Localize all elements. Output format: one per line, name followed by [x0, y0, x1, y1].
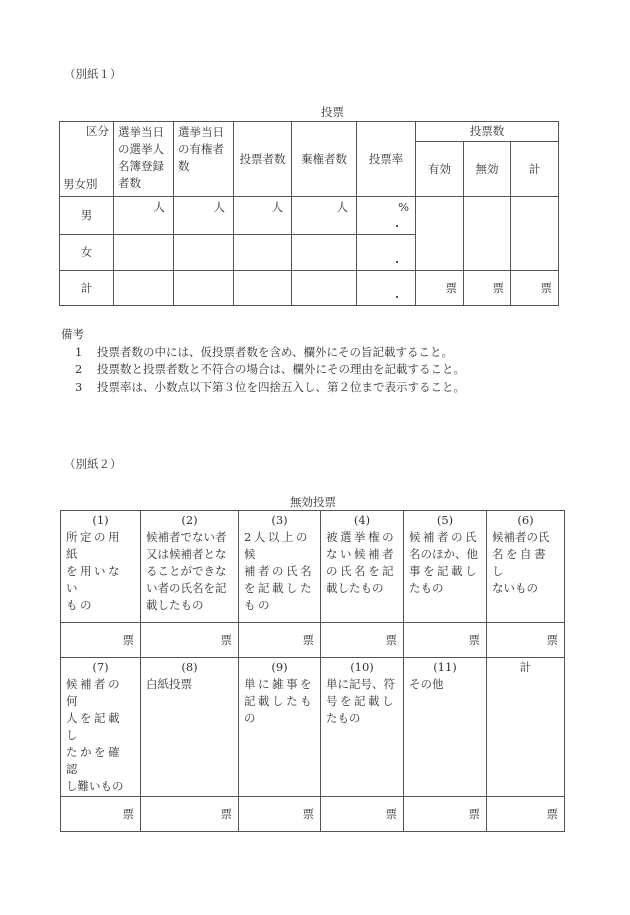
reason-text: 被選挙権の [326, 529, 398, 546]
header-text: 名簿登録 [118, 158, 169, 175]
reason-text: 単に記号、符 [326, 676, 398, 693]
unit-percent: % [398, 199, 409, 216]
reason-text: を記載した [244, 580, 315, 597]
reason-text: 2人以上の候 [244, 529, 315, 563]
header-text: 選挙当日 [118, 124, 169, 141]
invalid-reason-2: (2) 候補者でない者 又は候補者とな ることができな い者の氏名を記 載したも… [141, 511, 239, 623]
reason-text: もの [244, 597, 315, 614]
data-cell [292, 235, 357, 271]
appendix2-table-title: 無効投票 [290, 494, 336, 510]
reason-number: (9) [244, 659, 315, 676]
reason-text: ない候補者 [326, 546, 398, 563]
data-cell [234, 271, 292, 306]
header-registered-voters: 選挙当日 の選挙人 名簿登録 者数 [114, 122, 174, 197]
header-eligible-voters: 選挙当日 の有権者 数 [174, 122, 234, 197]
reason-number: (10) [326, 659, 398, 676]
header-category-cell: 区分 男女別 [60, 122, 114, 197]
reason-text: し難いもの [66, 778, 135, 795]
unit-votes: 票 [511, 271, 559, 306]
reason-number: (11) [409, 659, 481, 676]
reason-text: 補者の氏名 [244, 563, 315, 580]
reason-text: 所定の用紙 [66, 529, 135, 563]
invalid-reason-5: (5) 候補者の氏 名のほか、他 事を記載し たもの [404, 511, 487, 623]
turnout-cell-male: % . [357, 197, 416, 235]
invalid-total: 計 [487, 658, 565, 797]
total-votes-male-female [511, 197, 559, 271]
decimal-point: . [395, 286, 399, 303]
invalid-reason-11: (11) その他 [404, 658, 487, 797]
data-cell [292, 271, 357, 306]
decimal-point: . [395, 215, 399, 232]
header-votes-invalid: 無効 [464, 142, 511, 197]
reason-text: 人を記載し [66, 710, 135, 744]
appendix1-table-title: 投票 [321, 104, 344, 120]
header-text: 数 [178, 158, 229, 175]
unit-votes: 票 [239, 797, 321, 832]
appendix2-label: （別紙２） [64, 456, 122, 472]
reason-text: の [244, 710, 315, 727]
unit-votes: 票 [141, 623, 239, 658]
invalid-votes-table: (1) 所定の用紙 を用いない もの (2) 候補者でない者 又は候補者とな る… [60, 510, 565, 832]
header-text: 選挙当日 [178, 124, 229, 141]
unit-votes: 票 [61, 623, 141, 658]
remarks-item-num: 1 [75, 344, 97, 362]
unit-votes: 票 [487, 797, 565, 832]
reason-number: (2) [146, 512, 233, 529]
remarks-item: 2投票数と投票者数と不符合の場合は、欄外にその理由を記載すること。 [61, 361, 465, 379]
remarks-item-text: 投票率は、小数点以下第３位を四捨五入し、第２位まで表示すること。 [97, 380, 465, 394]
header-text: の有権者 [178, 141, 229, 158]
data-cell [114, 271, 174, 306]
invalid-reason-6: (6) 候補者の氏 名を自書し ないもの [487, 511, 565, 623]
reason-text: 単に雑事を [244, 676, 315, 693]
reason-text: 事を記載し [409, 563, 481, 580]
header-category-top: 区分 [86, 123, 109, 140]
header-votes-total: 計 [511, 142, 559, 197]
unit-people: 人 [114, 197, 174, 235]
invalid-reason-4: (4) 被選挙権の ない候補者 の氏名を記 載したもの [321, 511, 404, 623]
unit-people: 人 [234, 197, 292, 235]
reason-number: (4) [326, 512, 398, 529]
reason-number: (1) [66, 512, 135, 529]
reason-text: たかを確認 [66, 744, 135, 778]
decimal-point: . [395, 251, 399, 268]
header-voters: 投票者数 [234, 122, 292, 197]
invalid-reason-9: (9) 単に雑事を 記載したも の [239, 658, 321, 797]
row-label-female: 女 [60, 235, 114, 271]
reason-text: 載したもの [146, 597, 233, 614]
invalid-reason-7: (7) 候補者の何 人を記載し たかを確認 し難いもの [61, 658, 141, 797]
header-abstainers: 棄権者数 [292, 122, 357, 197]
data-cell [234, 235, 292, 271]
unit-votes: 票 [61, 797, 141, 832]
remarks-item-text: 投票数と投票者数と不符合の場合は、欄外にその理由を記載すること。 [97, 362, 465, 376]
invalid-reason-10: (10) 単に記号、符 号を記載し たもの [321, 658, 404, 797]
reason-number: (6) [492, 512, 559, 529]
invalid-reason-1: (1) 所定の用紙 を用いない もの [61, 511, 141, 623]
reason-text: 白紙投票 [146, 676, 233, 693]
reason-text: 候補者でない者 [146, 529, 233, 546]
header-votes-valid: 有効 [416, 142, 464, 197]
reason-text: 候補者の氏 [409, 529, 481, 546]
remarks-item: 1投票者数の中には、仮投票者数を含め、欄外にその旨記載すること。 [61, 344, 465, 362]
header-turnout: 投票率 [357, 122, 416, 197]
unit-votes: 票 [141, 797, 239, 832]
unit-votes: 票 [239, 623, 321, 658]
reason-number: (5) [409, 512, 481, 529]
unit-votes: 票 [404, 623, 487, 658]
header-text: の選挙人 [118, 141, 169, 158]
reason-text: 名のほか、他 [409, 546, 481, 563]
unit-votes: 票 [321, 797, 404, 832]
reason-number: (7) [66, 659, 135, 676]
reason-text: 載したもの [326, 580, 398, 597]
header-text: 者数 [118, 175, 169, 192]
remarks-item: 3投票率は、小数点以下第３位を四捨五入し、第２位まで表示すること。 [61, 379, 465, 397]
total-label: 計 [492, 659, 559, 676]
reason-text: 候補者の何 [66, 676, 135, 710]
turnout-cell-female: . [357, 235, 416, 271]
remarks-item-text: 投票者数の中には、仮投票者数を含め、欄外にその旨記載すること。 [97, 345, 453, 359]
data-cell [174, 235, 234, 271]
reason-text: もの [66, 597, 135, 614]
row-label-total: 計 [60, 271, 114, 306]
remarks-item-num: 2 [75, 361, 97, 379]
reason-text: 又は候補者とな [146, 546, 233, 563]
header-category-bottom: 男女別 [63, 176, 98, 193]
unit-votes: 票 [321, 623, 404, 658]
reason-text: を用いない [66, 563, 135, 597]
reason-number: (8) [146, 659, 233, 676]
unit-votes: 票 [404, 797, 487, 832]
unit-votes: 票 [464, 271, 511, 306]
unit-people: 人 [174, 197, 234, 235]
reason-text: 候補者の氏 [492, 529, 559, 546]
reason-text: の氏名を記 [326, 563, 398, 580]
voting-table: 区分 男女別 選挙当日 の選挙人 名簿登録 者数 選挙当日 の有権者 数 投票者… [59, 121, 559, 306]
reason-text: い者の氏名を記 [146, 580, 233, 597]
reason-text: 記載したも [244, 693, 315, 710]
unit-people: 人 [292, 197, 357, 235]
invalid-reason-3: (3) 2人以上の候 補者の氏名 を記載した もの [239, 511, 321, 623]
invalid-votes-male-female [464, 197, 511, 271]
remarks-item-num: 3 [75, 379, 97, 397]
turnout-cell-total: . [357, 271, 416, 306]
reason-text: ないもの [492, 580, 559, 597]
reason-text: たもの [326, 710, 398, 727]
data-cell [114, 235, 174, 271]
remarks: 備考 1投票者数の中には、仮投票者数を含め、欄外にその旨記載すること。 2投票数… [61, 326, 465, 396]
reason-text: 号を記載し [326, 693, 398, 710]
header-votes-group: 投票数 [416, 122, 559, 142]
reason-text: ることができな [146, 563, 233, 580]
valid-votes-male-female [416, 197, 464, 271]
reason-text: たもの [409, 580, 481, 597]
reason-text: 名を自書し [492, 546, 559, 580]
data-cell [174, 271, 234, 306]
reason-text: その他 [409, 676, 481, 693]
invalid-reason-8: (8) 白紙投票 [141, 658, 239, 797]
appendix1-label: （別紙１） [64, 66, 122, 82]
reason-number: (3) [244, 512, 315, 529]
remarks-title: 備考 [61, 326, 465, 344]
row-label-male: 男 [60, 197, 114, 235]
unit-votes: 票 [416, 271, 464, 306]
unit-votes: 票 [487, 623, 565, 658]
